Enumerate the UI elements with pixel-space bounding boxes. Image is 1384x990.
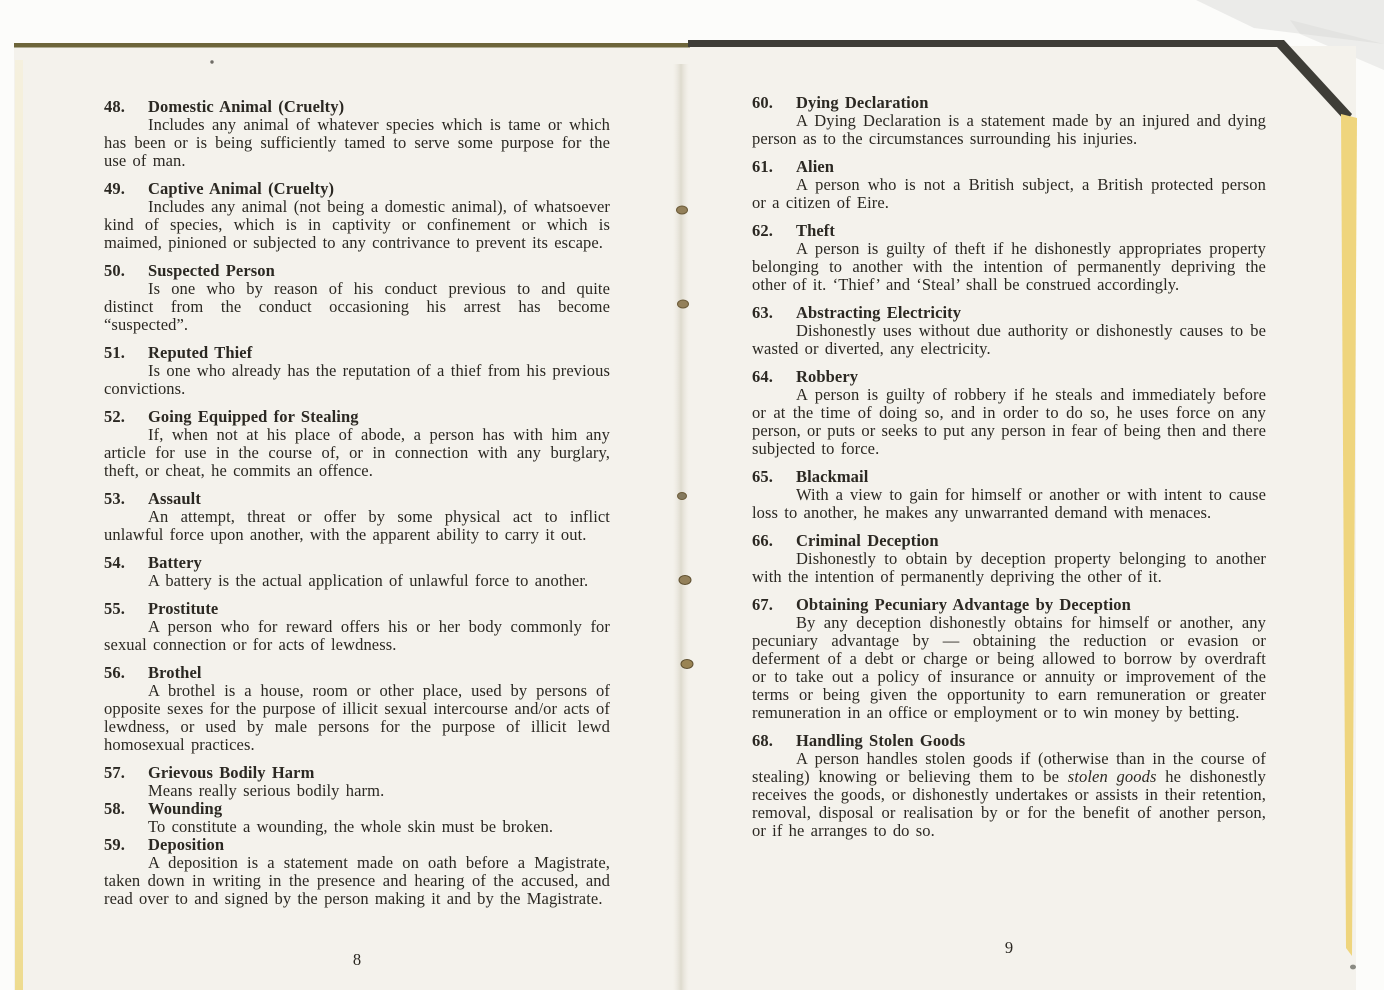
stitch-dot — [679, 576, 691, 585]
entry-title: Going Equipped for Stealing — [148, 407, 359, 426]
entry-body: An attempt, threat or offer by some phys… — [104, 508, 610, 544]
entry-number: 64. — [752, 368, 796, 386]
entry-number: 55. — [104, 600, 148, 618]
left-cover-edge — [15, 60, 23, 990]
entry-number: 51. — [104, 344, 148, 362]
scan-speck — [1350, 965, 1356, 970]
entry-title: Wounding — [148, 799, 222, 818]
entry-body: By any deception dishonestly obtains for… — [752, 614, 1266, 722]
glossary-entry: 64.Robbery A person is guilty of robbery… — [752, 368, 1266, 458]
entry-body: A person is guilty of theft if he dishon… — [752, 240, 1266, 294]
entry-body: A person handles stolen goods if (otherw… — [752, 750, 1266, 840]
entry-body: Includes any animal (not being a domesti… — [104, 198, 610, 252]
entry-title: Brothel — [148, 663, 202, 682]
scan-speck — [210, 60, 213, 63]
spine-fold — [673, 64, 689, 990]
right-page: 60.Dying Declaration A Dying Declaration… — [752, 94, 1266, 840]
entry-heading: 48.Domestic Animal (Cruelty) — [104, 98, 610, 116]
entry-number: 50. — [104, 262, 148, 280]
entry-heading: 55.Prostitute — [104, 600, 610, 618]
glossary-entry: 53.Assault An attempt, threat or offer b… — [104, 490, 610, 544]
left-entries: 48.Domestic Animal (Cruelty) Includes an… — [104, 98, 610, 908]
entry-number: 56. — [104, 664, 148, 682]
entry-number: 60. — [752, 94, 796, 112]
glossary-entry: 54.Battery A battery is the actual appli… — [104, 554, 610, 590]
entry-body: A Dying Declaration is a statement made … — [752, 112, 1266, 148]
entry-number: 53. — [104, 490, 148, 508]
stitch-dot — [677, 206, 688, 214]
entry-body: A person is guilty of robbery if he stea… — [752, 386, 1266, 458]
entry-heading: 60.Dying Declaration — [752, 94, 1266, 112]
entry-heading: 61.Alien — [752, 158, 1266, 176]
entry-title: Assault — [148, 489, 201, 508]
entry-title: Blackmail — [796, 467, 868, 486]
entry-heading: 50.Suspected Person — [104, 262, 610, 280]
entry-number: 52. — [104, 408, 148, 426]
glossary-entry: 65.Blackmail With a view to gain for him… — [752, 468, 1266, 522]
entry-body: To constitute a wounding, the whole skin… — [104, 818, 610, 836]
entry-title: Deposition — [148, 835, 224, 854]
glossary-entry: 60.Dying Declaration A Dying Declaration… — [752, 94, 1266, 148]
entry-number: 57. — [104, 764, 148, 782]
stitch-dot — [678, 493, 687, 500]
entry-heading: 57.Grievous Bodily Harm — [104, 764, 610, 782]
entry-heading: 64.Robbery — [752, 368, 1266, 386]
glossary-entry: 58.Wounding To constitute a wounding, th… — [104, 800, 610, 836]
left-page-number: 8 — [104, 950, 610, 970]
entry-heading: 66.Criminal Deception — [752, 532, 1266, 550]
entry-number: 61. — [752, 158, 796, 176]
book-scan: 48.Domestic Animal (Cruelty) Includes an… — [0, 0, 1384, 990]
entry-body: If, when not at his place of abode, a pe… — [104, 426, 610, 480]
entry-body: Means really serious bodily harm. — [104, 782, 610, 800]
entry-heading: 54.Battery — [104, 554, 610, 572]
glossary-entry: 55.Prostitute A person who for reward of… — [104, 600, 610, 654]
entry-heading: 68.Handling Stolen Goods — [752, 732, 1266, 750]
glossary-entry: 52.Going Equipped for Stealing If, when … — [104, 408, 610, 480]
entry-title: Alien — [796, 157, 834, 176]
entry-heading: 52.Going Equipped for Stealing — [104, 408, 610, 426]
left-page: 48.Domestic Animal (Cruelty) Includes an… — [104, 98, 610, 908]
glossary-entry: 51.Reputed Thief Is one who already has … — [104, 344, 610, 398]
entry-heading: 51.Reputed Thief — [104, 344, 610, 362]
entry-body: A battery is the actual application of u… — [104, 572, 610, 590]
entry-body: With a view to gain for himself or anoth… — [752, 486, 1266, 522]
entry-title: Dying Declaration — [796, 93, 928, 112]
stitch-dot — [678, 300, 689, 308]
entry-number: 49. — [104, 180, 148, 198]
entry-body: Dishonestly uses without due authority o… — [752, 322, 1266, 358]
entry-heading: 53.Assault — [104, 490, 610, 508]
entry-number: 67. — [752, 596, 796, 614]
entry-heading: 58.Wounding — [104, 800, 610, 818]
entry-title: Theft — [796, 221, 835, 240]
glossary-entry: 68.Handling Stolen Goods A person handle… — [752, 732, 1266, 840]
glossary-entry: 63.Abstracting Electricity Dishonestly u… — [752, 304, 1266, 358]
top-edge-right — [688, 40, 1284, 47]
entry-title: Handling Stolen Goods — [796, 731, 965, 750]
glossary-entry: 48.Domestic Animal (Cruelty) Includes an… — [104, 98, 610, 170]
entry-body: A person who for reward offers his or he… — [104, 618, 610, 654]
entry-number: 58. — [104, 800, 148, 818]
entry-title: Criminal Deception — [796, 531, 939, 550]
glossary-entry: 66.Criminal Deception Dishonestly to obt… — [752, 532, 1266, 586]
entry-heading: 56.Brothel — [104, 664, 610, 682]
glossary-entry: 67.Obtaining Pecuniary Advantage by Dece… — [752, 596, 1266, 722]
entry-title: Battery — [148, 553, 202, 572]
entry-heading: 65.Blackmail — [752, 468, 1266, 486]
entry-body: Is one who by reason of his conduct prev… — [104, 280, 610, 334]
glossary-entry: 62.Theft A person is guilty of theft if … — [752, 222, 1266, 294]
glossary-entry: 56.Brothel A brothel is a house, room or… — [104, 664, 610, 754]
entry-title: Captive Animal (Cruelty) — [148, 179, 334, 198]
top-edge-left — [14, 43, 690, 48]
entry-number: 65. — [752, 468, 796, 486]
entry-title: Domestic Animal (Cruelty) — [148, 97, 344, 116]
entry-heading: 59.Deposition — [104, 836, 610, 854]
right-entries: 60.Dying Declaration A Dying Declaration… — [752, 94, 1266, 840]
right-page-number: 9 — [752, 938, 1266, 958]
glossary-entry: 50.Suspected Person Is one who by reason… — [104, 262, 610, 334]
entry-number: 66. — [752, 532, 796, 550]
entry-title: Grievous Bodily Harm — [148, 763, 314, 782]
entry-body: A brothel is a house, room or other plac… — [104, 682, 610, 754]
entry-title: Suspected Person — [148, 261, 275, 280]
entry-body: Includes any animal of whatever species … — [104, 116, 610, 170]
glossary-entry: 61.Alien A person who is not a British s… — [752, 158, 1266, 212]
entry-heading: 49.Captive Animal (Cruelty) — [104, 180, 610, 198]
entry-heading: 67.Obtaining Pecuniary Advantage by Dece… — [752, 596, 1266, 614]
entry-body: A person who is not a British subject, a… — [752, 176, 1266, 212]
entry-title: Robbery — [796, 367, 858, 386]
entry-number: 59. — [104, 836, 148, 854]
entry-heading: 63.Abstracting Electricity — [752, 304, 1266, 322]
entry-number: 68. — [752, 732, 796, 750]
stitch-dot — [681, 660, 693, 669]
entry-heading: 62.Theft — [752, 222, 1266, 240]
entry-title: Reputed Thief — [148, 343, 252, 362]
glossary-entry: 59.Deposition A deposition is a statemen… — [104, 836, 610, 908]
entry-number: 48. — [104, 98, 148, 116]
entry-title: Abstracting Electricity — [796, 303, 961, 322]
glossary-entry: 57.Grievous Bodily Harm Means really ser… — [104, 764, 610, 800]
entry-title: Prostitute — [148, 599, 218, 618]
entry-number: 54. — [104, 554, 148, 572]
entry-body: Is one who already has the reputation of… — [104, 362, 610, 398]
entry-number: 63. — [752, 304, 796, 322]
glossary-entry: 49.Captive Animal (Cruelty) Includes any… — [104, 180, 610, 252]
entry-body: Dishonestly to obtain by deception prope… — [752, 550, 1266, 586]
entry-number: 62. — [752, 222, 796, 240]
entry-body: A deposition is a statement made on oath… — [104, 854, 610, 908]
entry-title: Obtaining Pecuniary Advantage by Decepti… — [796, 595, 1131, 614]
